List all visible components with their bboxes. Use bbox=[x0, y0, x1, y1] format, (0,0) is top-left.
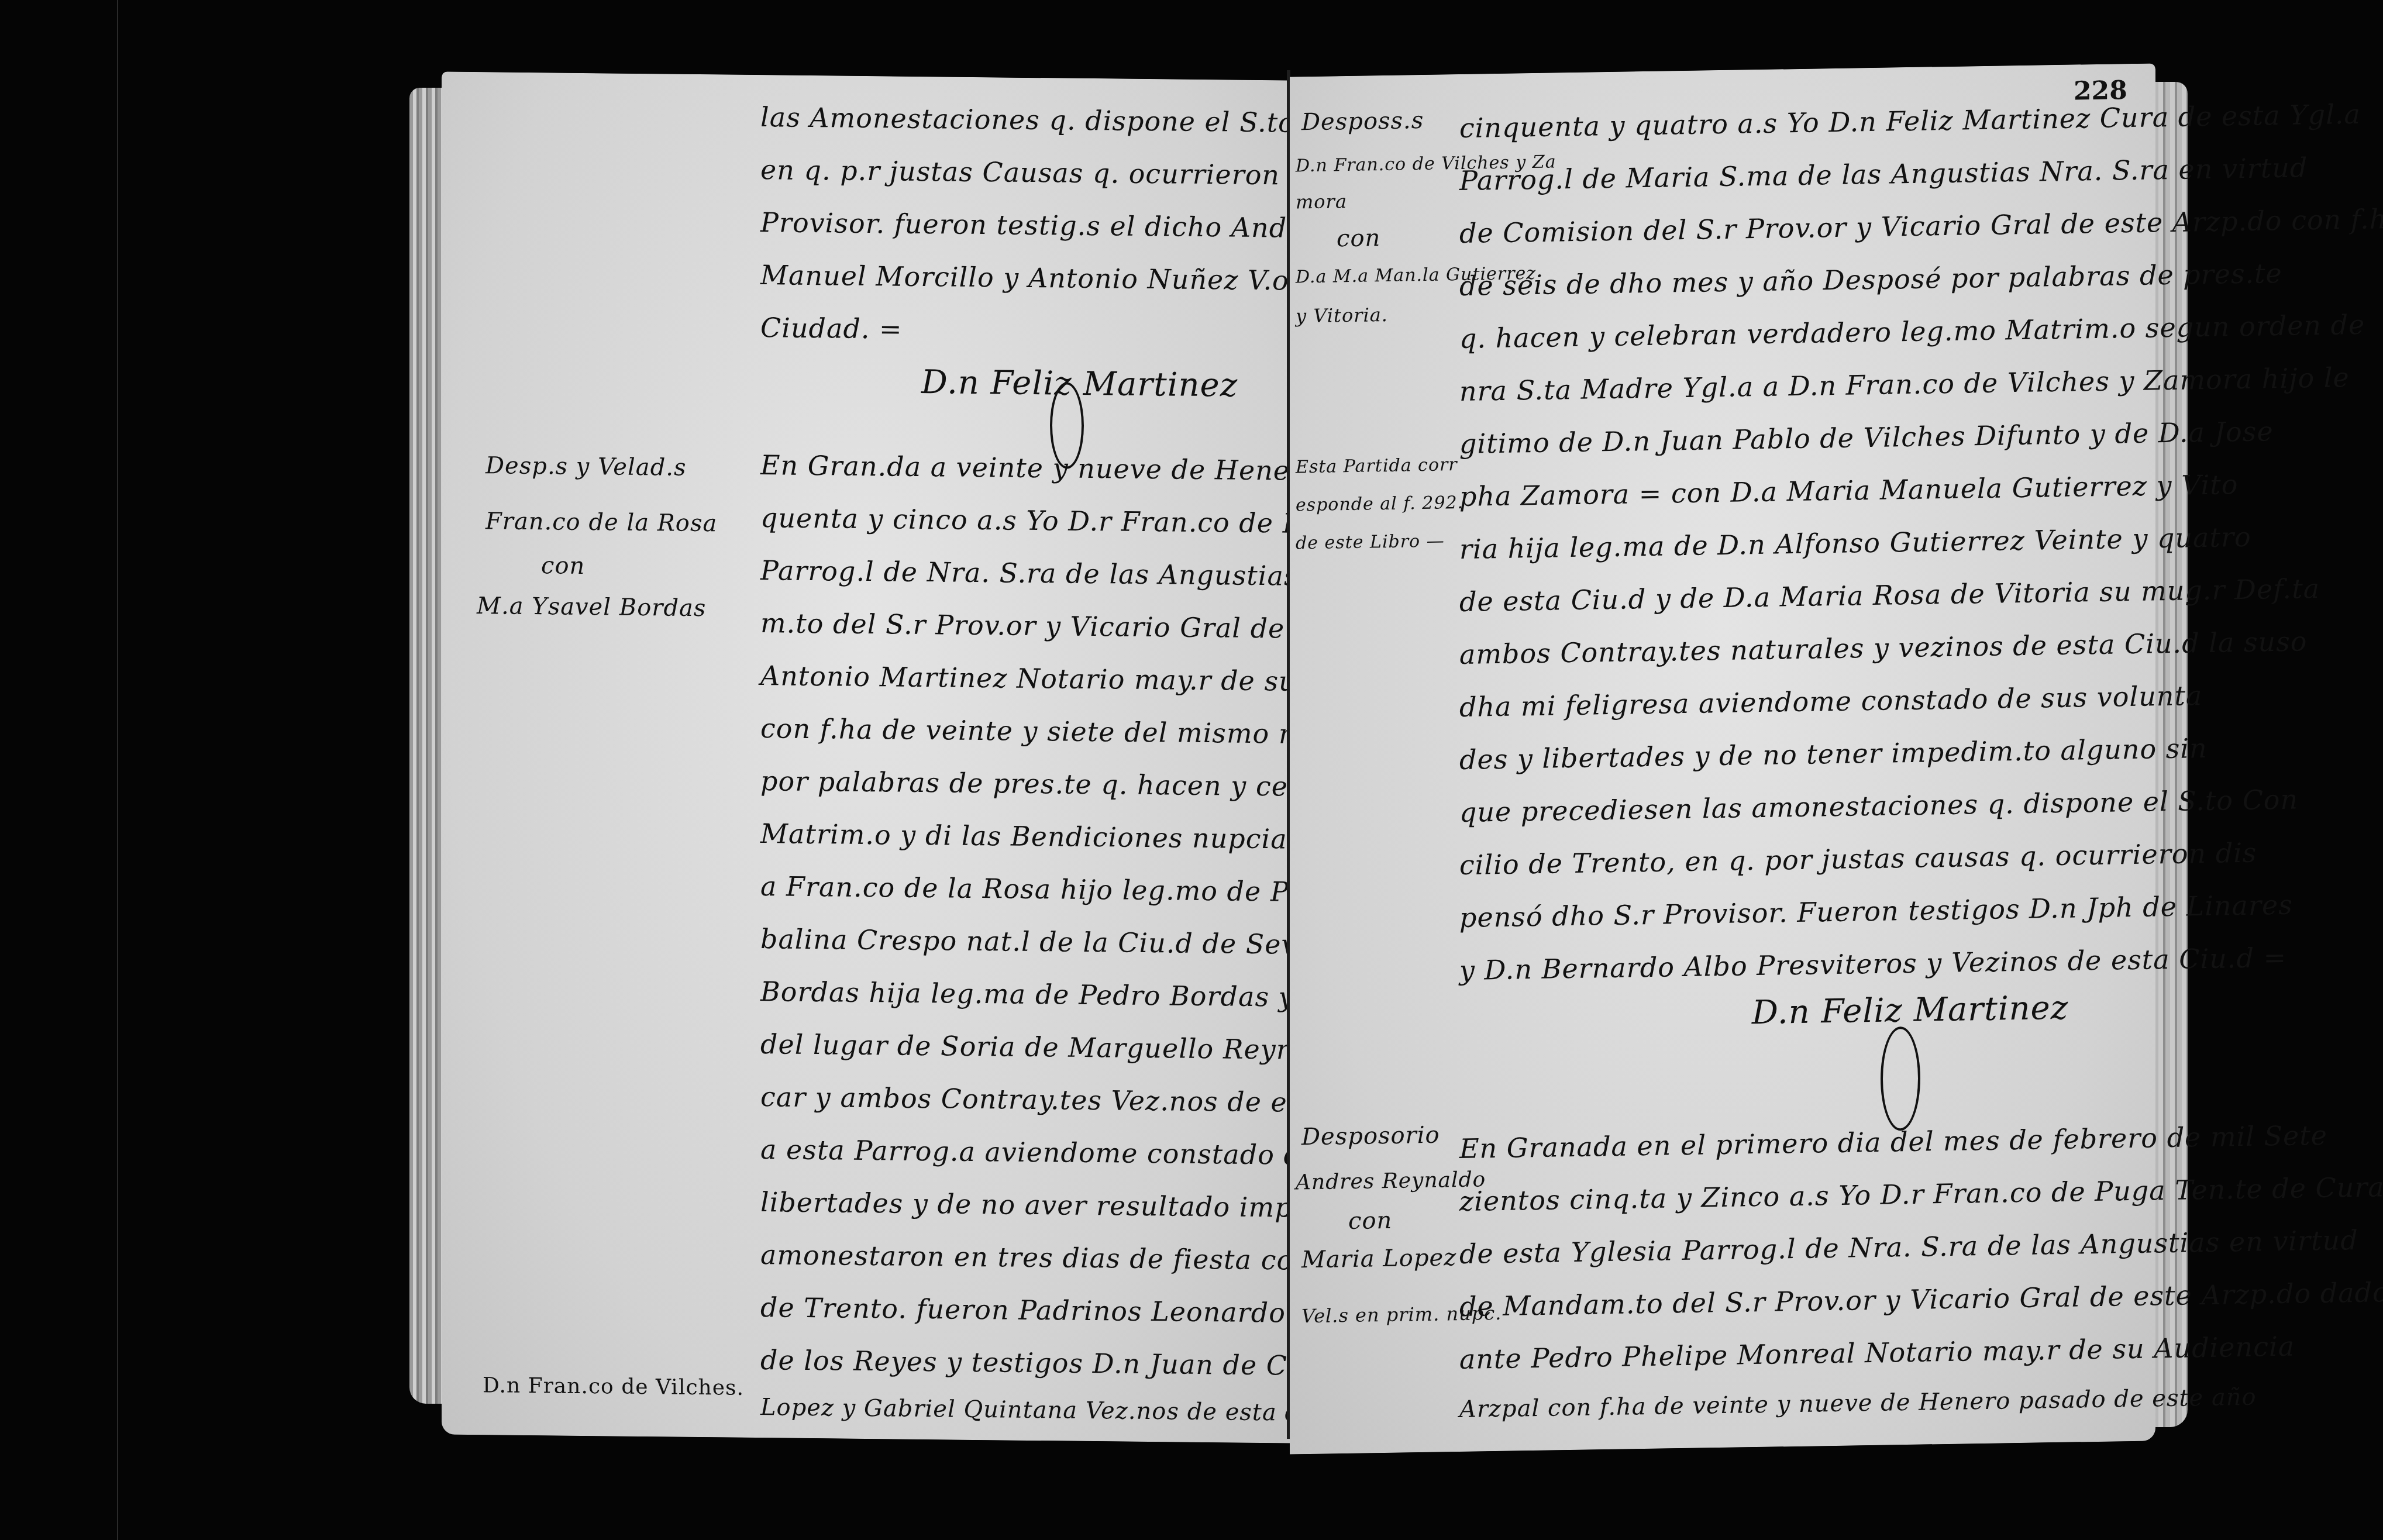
text-line: des y libertades y de no tener impedim.t… bbox=[1459, 732, 2208, 776]
margin-note-line: Fran.co de la Rosa bbox=[485, 508, 717, 537]
text-line: cinquenta y quatro a.s Yo D.n Feliz Mart… bbox=[1459, 98, 2361, 144]
cross-reference-note: Esta Partida corr bbox=[1296, 454, 1458, 477]
margin-note-line: Maria Lopez bbox=[1301, 1244, 1456, 1273]
text-line: En Granada en el primero dia del mes de … bbox=[1459, 1119, 2327, 1165]
margin-note-line: con bbox=[1337, 225, 1380, 252]
text-line: de esta Yglesia Parrog.l de Nra. S.ra de… bbox=[1459, 1224, 2358, 1270]
margin-note-line: Desp.s y Velad.s bbox=[485, 452, 687, 481]
text-line: nra S.ta Madre Ygl.a a D.n Fran.co de Vi… bbox=[1459, 361, 2350, 407]
text-line: de esta Ciu.d y de D.a Maria Rosa de Vit… bbox=[1459, 573, 2320, 618]
text-line: de Comision del S.r Prov.or y Vicario Gr… bbox=[1459, 203, 2383, 249]
text-line: gitimo de D.n Juan Pablo de Vilches Difu… bbox=[1459, 415, 2274, 460]
margin-note-line: con bbox=[1348, 1207, 1392, 1235]
text-line: Ciudad. = bbox=[760, 312, 903, 345]
text-line: Arzpal con f.ha de veinte y nueve de Hen… bbox=[1459, 1384, 2257, 1423]
margin-note-line: y Vitoria. bbox=[1296, 304, 1388, 327]
right-page: 228 Desposs.s D.n Fran.co de Vilches y Z… bbox=[1290, 63, 2155, 1454]
text-line: de Mandam.to del S.r Prov.or y Vicario G… bbox=[1459, 1276, 2383, 1323]
margin-note-line: Desposs.s bbox=[1301, 107, 1424, 136]
margin-note-line: Desposorio bbox=[1301, 1122, 1440, 1151]
left-page: las Amonestaciones q. dispone el S.to Co… bbox=[442, 71, 1290, 1443]
bottom-margin-note: D.n Fran.co de Vilches. bbox=[483, 1373, 744, 1400]
rubric-flourish-icon bbox=[1881, 1026, 1920, 1131]
scan-edge-line bbox=[117, 0, 118, 1540]
left-page-block-edge bbox=[409, 88, 445, 1404]
signature-feliz-martinez: D.n Feliz Martinez bbox=[1752, 989, 2068, 1032]
margin-note-line: mora bbox=[1296, 190, 1347, 213]
text-line: pha Zamora = con D.a Maria Manuela Gutie… bbox=[1459, 468, 2238, 512]
text-line: cilio de Trento, en q. por justas causas… bbox=[1459, 837, 2257, 881]
margin-note-line: con bbox=[541, 552, 585, 580]
open-register-book: las Amonestaciones q. dispone el S.to Co… bbox=[409, 58, 2188, 1474]
margin-note-line: Andres Reynaldo bbox=[1296, 1167, 1486, 1194]
cross-reference-note: de este Libro — bbox=[1296, 530, 1445, 553]
text-line: dha mi feligresa aviendome constado de s… bbox=[1459, 680, 2202, 723]
cross-reference-note: esponde al f. 292. bbox=[1296, 492, 1463, 516]
text-line: zientos cinq.ta y Zinco a.s Yo D.r Fran.… bbox=[1459, 1171, 2383, 1217]
margin-note-line: M.a Ysavel Bordas bbox=[477, 592, 706, 622]
text-line: q. hacen y celebran verdadero leg.mo Mat… bbox=[1459, 309, 2365, 354]
text-line: ria hija leg.ma de D.n Alfonso Gutierrez… bbox=[1459, 521, 2251, 565]
